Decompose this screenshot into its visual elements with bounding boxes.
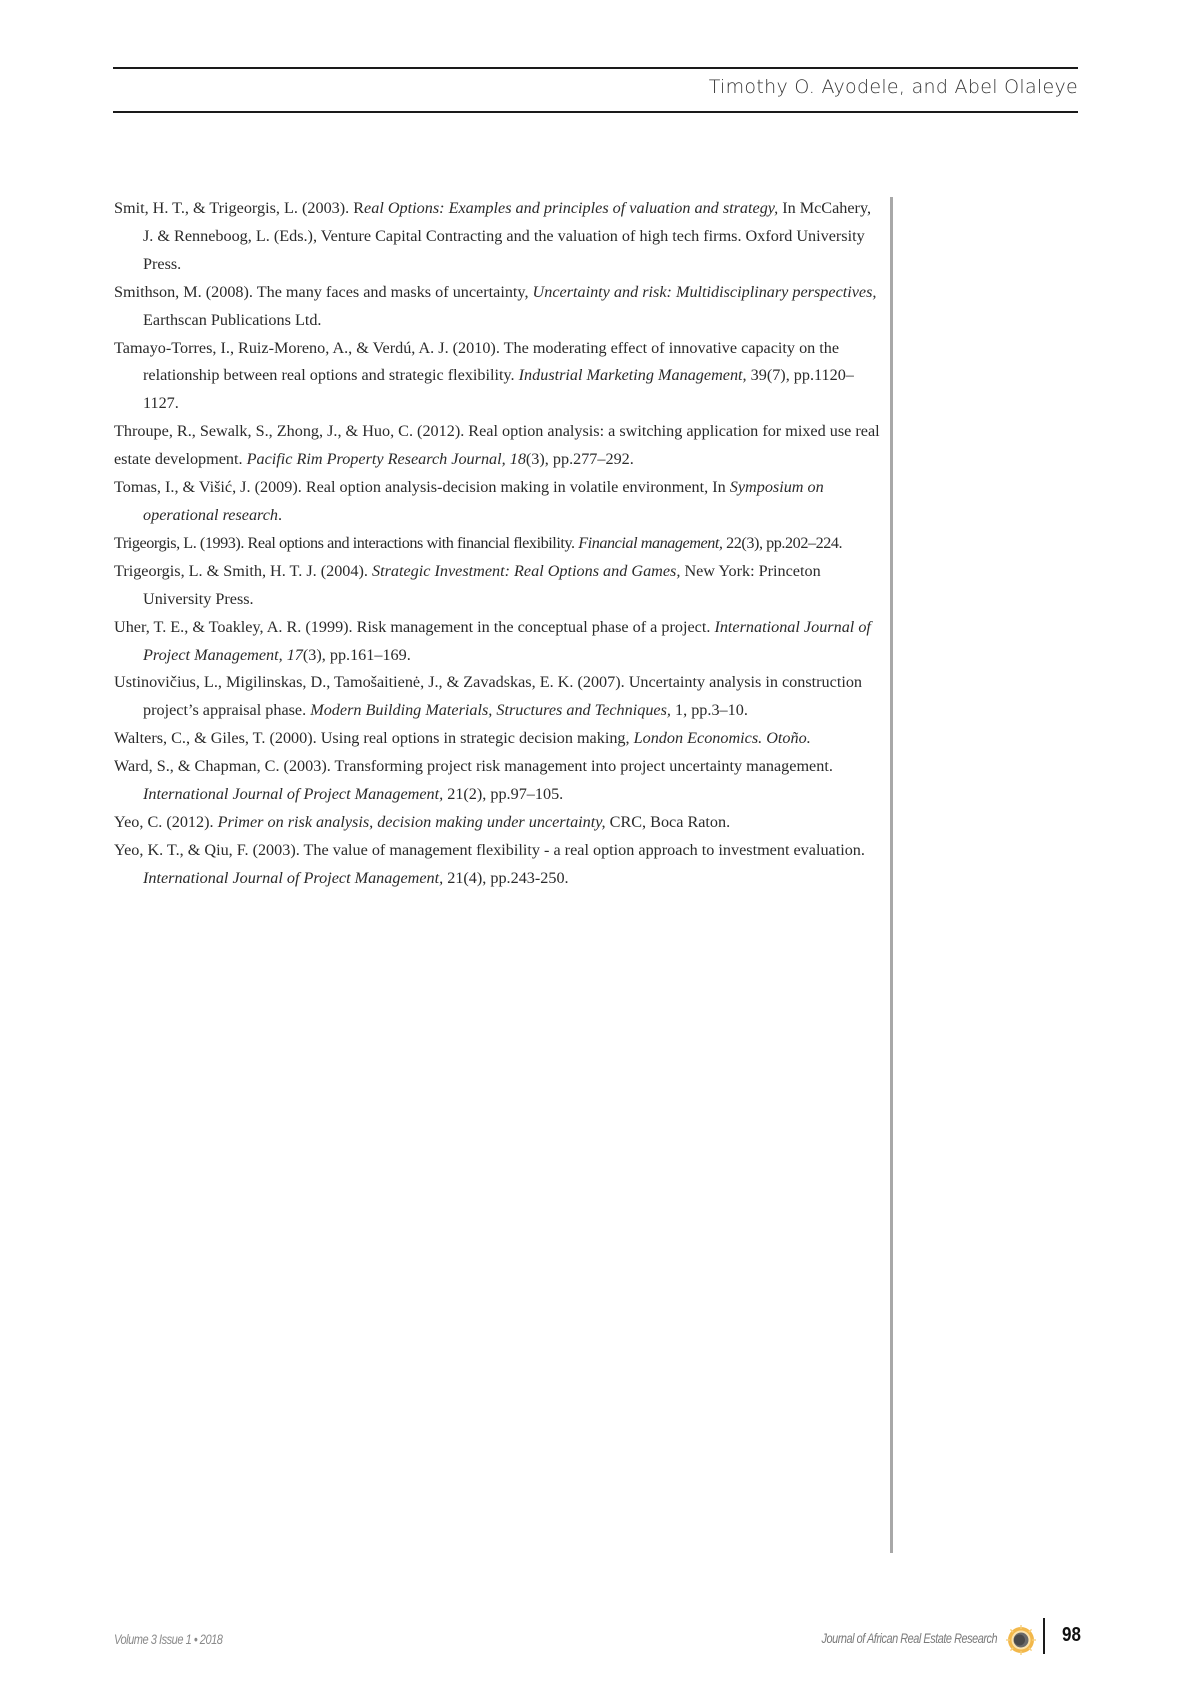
header-rule-top bbox=[113, 67, 1078, 69]
reference-text: Smit, H. T., & Trigeorgis, L. (2003). R bbox=[114, 199, 364, 217]
reference-entry: Throupe, R., Sewalk, S., Zhong, J., & Hu… bbox=[114, 418, 884, 474]
reference-text: Trigeorgis, L. (1993). Real options and … bbox=[114, 534, 578, 552]
reference-text: Walters, C., & Giles, T. (2000). Using r… bbox=[114, 729, 634, 747]
reference-source-title: London Economics. Otoño. bbox=[634, 729, 811, 747]
reference-entry: Trigeorgis, L. (1993). Real options and … bbox=[114, 530, 884, 558]
reference-text: 22(3), pp.202–224. bbox=[723, 534, 843, 552]
reference-source-title: Primer on risk analysis, decision making… bbox=[218, 813, 606, 831]
reference-text: Uher, T. E., & Toakley, A. R. (1999). Ri… bbox=[114, 618, 714, 636]
reference-source-title: eal Options: Examples and principles of … bbox=[364, 199, 778, 217]
reference-text: Yeo, K. T., & Qiu, F. (2003). The value … bbox=[114, 841, 865, 859]
reference-text: Yeo, C. (2012). bbox=[114, 813, 218, 831]
reference-list: Smit, H. T., & Trigeorgis, L. (2003). Re… bbox=[114, 195, 884, 893]
reference-text: Smithson, M. (2008). The many faces and … bbox=[114, 283, 533, 301]
reference-entry: Uher, T. E., & Toakley, A. R. (1999). Ri… bbox=[114, 614, 884, 670]
reference-text: 1, pp.3–10. bbox=[671, 701, 748, 719]
header-rule-bottom bbox=[113, 111, 1078, 113]
reference-text: (3), pp.161–169. bbox=[303, 646, 411, 664]
reference-entry: Smithson, M. (2008). The many faces and … bbox=[114, 279, 884, 335]
reference-text: 21(2), pp.97–105. bbox=[443, 785, 563, 803]
reference-source-title: Uncertainty and risk: Multidisciplinary … bbox=[533, 283, 877, 301]
margin-vertical-rule bbox=[890, 197, 893, 1553]
reference-entry: Trigeorgis, L. & Smith, H. T. J. (2004).… bbox=[114, 558, 884, 614]
reference-text: Ward, S., & Chapman, C. (2003). Transfor… bbox=[114, 757, 833, 775]
reference-source-title: Pacific Rim Property Research Journal, 1… bbox=[247, 450, 526, 468]
reference-text: (3), pp.277–292. bbox=[526, 450, 634, 468]
reference-source-title: Modern Building Materials, Structures an… bbox=[310, 701, 671, 719]
reference-entry: Smit, H. T., & Trigeorgis, L. (2003). Re… bbox=[114, 195, 884, 279]
reference-source-title: Strategic Investment: Real Options and G… bbox=[372, 562, 680, 580]
reference-entry: Tamayo-Torres, I., Ruiz-Moreno, A., & Ve… bbox=[114, 335, 884, 419]
reference-entry: Yeo, K. T., & Qiu, F. (2003). The value … bbox=[114, 837, 884, 893]
reference-text: . bbox=[278, 506, 282, 524]
reference-text: 21(4), pp.243-250. bbox=[443, 869, 568, 887]
reference-entry: Tomas, I., & Višić, J. (2009). Real opti… bbox=[114, 474, 884, 530]
reference-source-title: International Journal of Project Managem… bbox=[143, 785, 443, 803]
footer-separator bbox=[1043, 1618, 1045, 1654]
journal-sun-logo-icon bbox=[1005, 1624, 1037, 1656]
footer-journal-name: Journal of African Real Estate Research bbox=[821, 1630, 997, 1646]
reference-source-title: International Journal of Project Managem… bbox=[143, 869, 443, 887]
reference-text: Earthscan Publications Ltd. bbox=[143, 311, 321, 329]
reference-entry: Ustinovičius, L., Migilinskas, D., Tamoš… bbox=[114, 669, 884, 725]
reference-source-title: Industrial Marketing Management, bbox=[519, 366, 747, 384]
reference-entry: Walters, C., & Giles, T. (2000). Using r… bbox=[114, 725, 884, 753]
footer-volume-issue: Volume 3 Issue 1 • 2018 bbox=[114, 1632, 222, 1647]
page-number: 98 bbox=[1062, 1624, 1081, 1647]
reference-text: Tomas, I., & Višić, J. (2009). Real opti… bbox=[114, 478, 730, 496]
reference-entry: Ward, S., & Chapman, C. (2003). Transfor… bbox=[114, 753, 884, 809]
reference-text: CRC, Boca Raton. bbox=[606, 813, 731, 831]
reference-source-title: Financial management, bbox=[578, 534, 722, 552]
running-header-authors: Timothy O. Ayodele, and Abel Olaleye bbox=[709, 76, 1078, 98]
reference-entry: Yeo, C. (2012). Primer on risk analysis,… bbox=[114, 809, 884, 837]
reference-text: Trigeorgis, L. & Smith, H. T. J. (2004). bbox=[114, 562, 372, 580]
